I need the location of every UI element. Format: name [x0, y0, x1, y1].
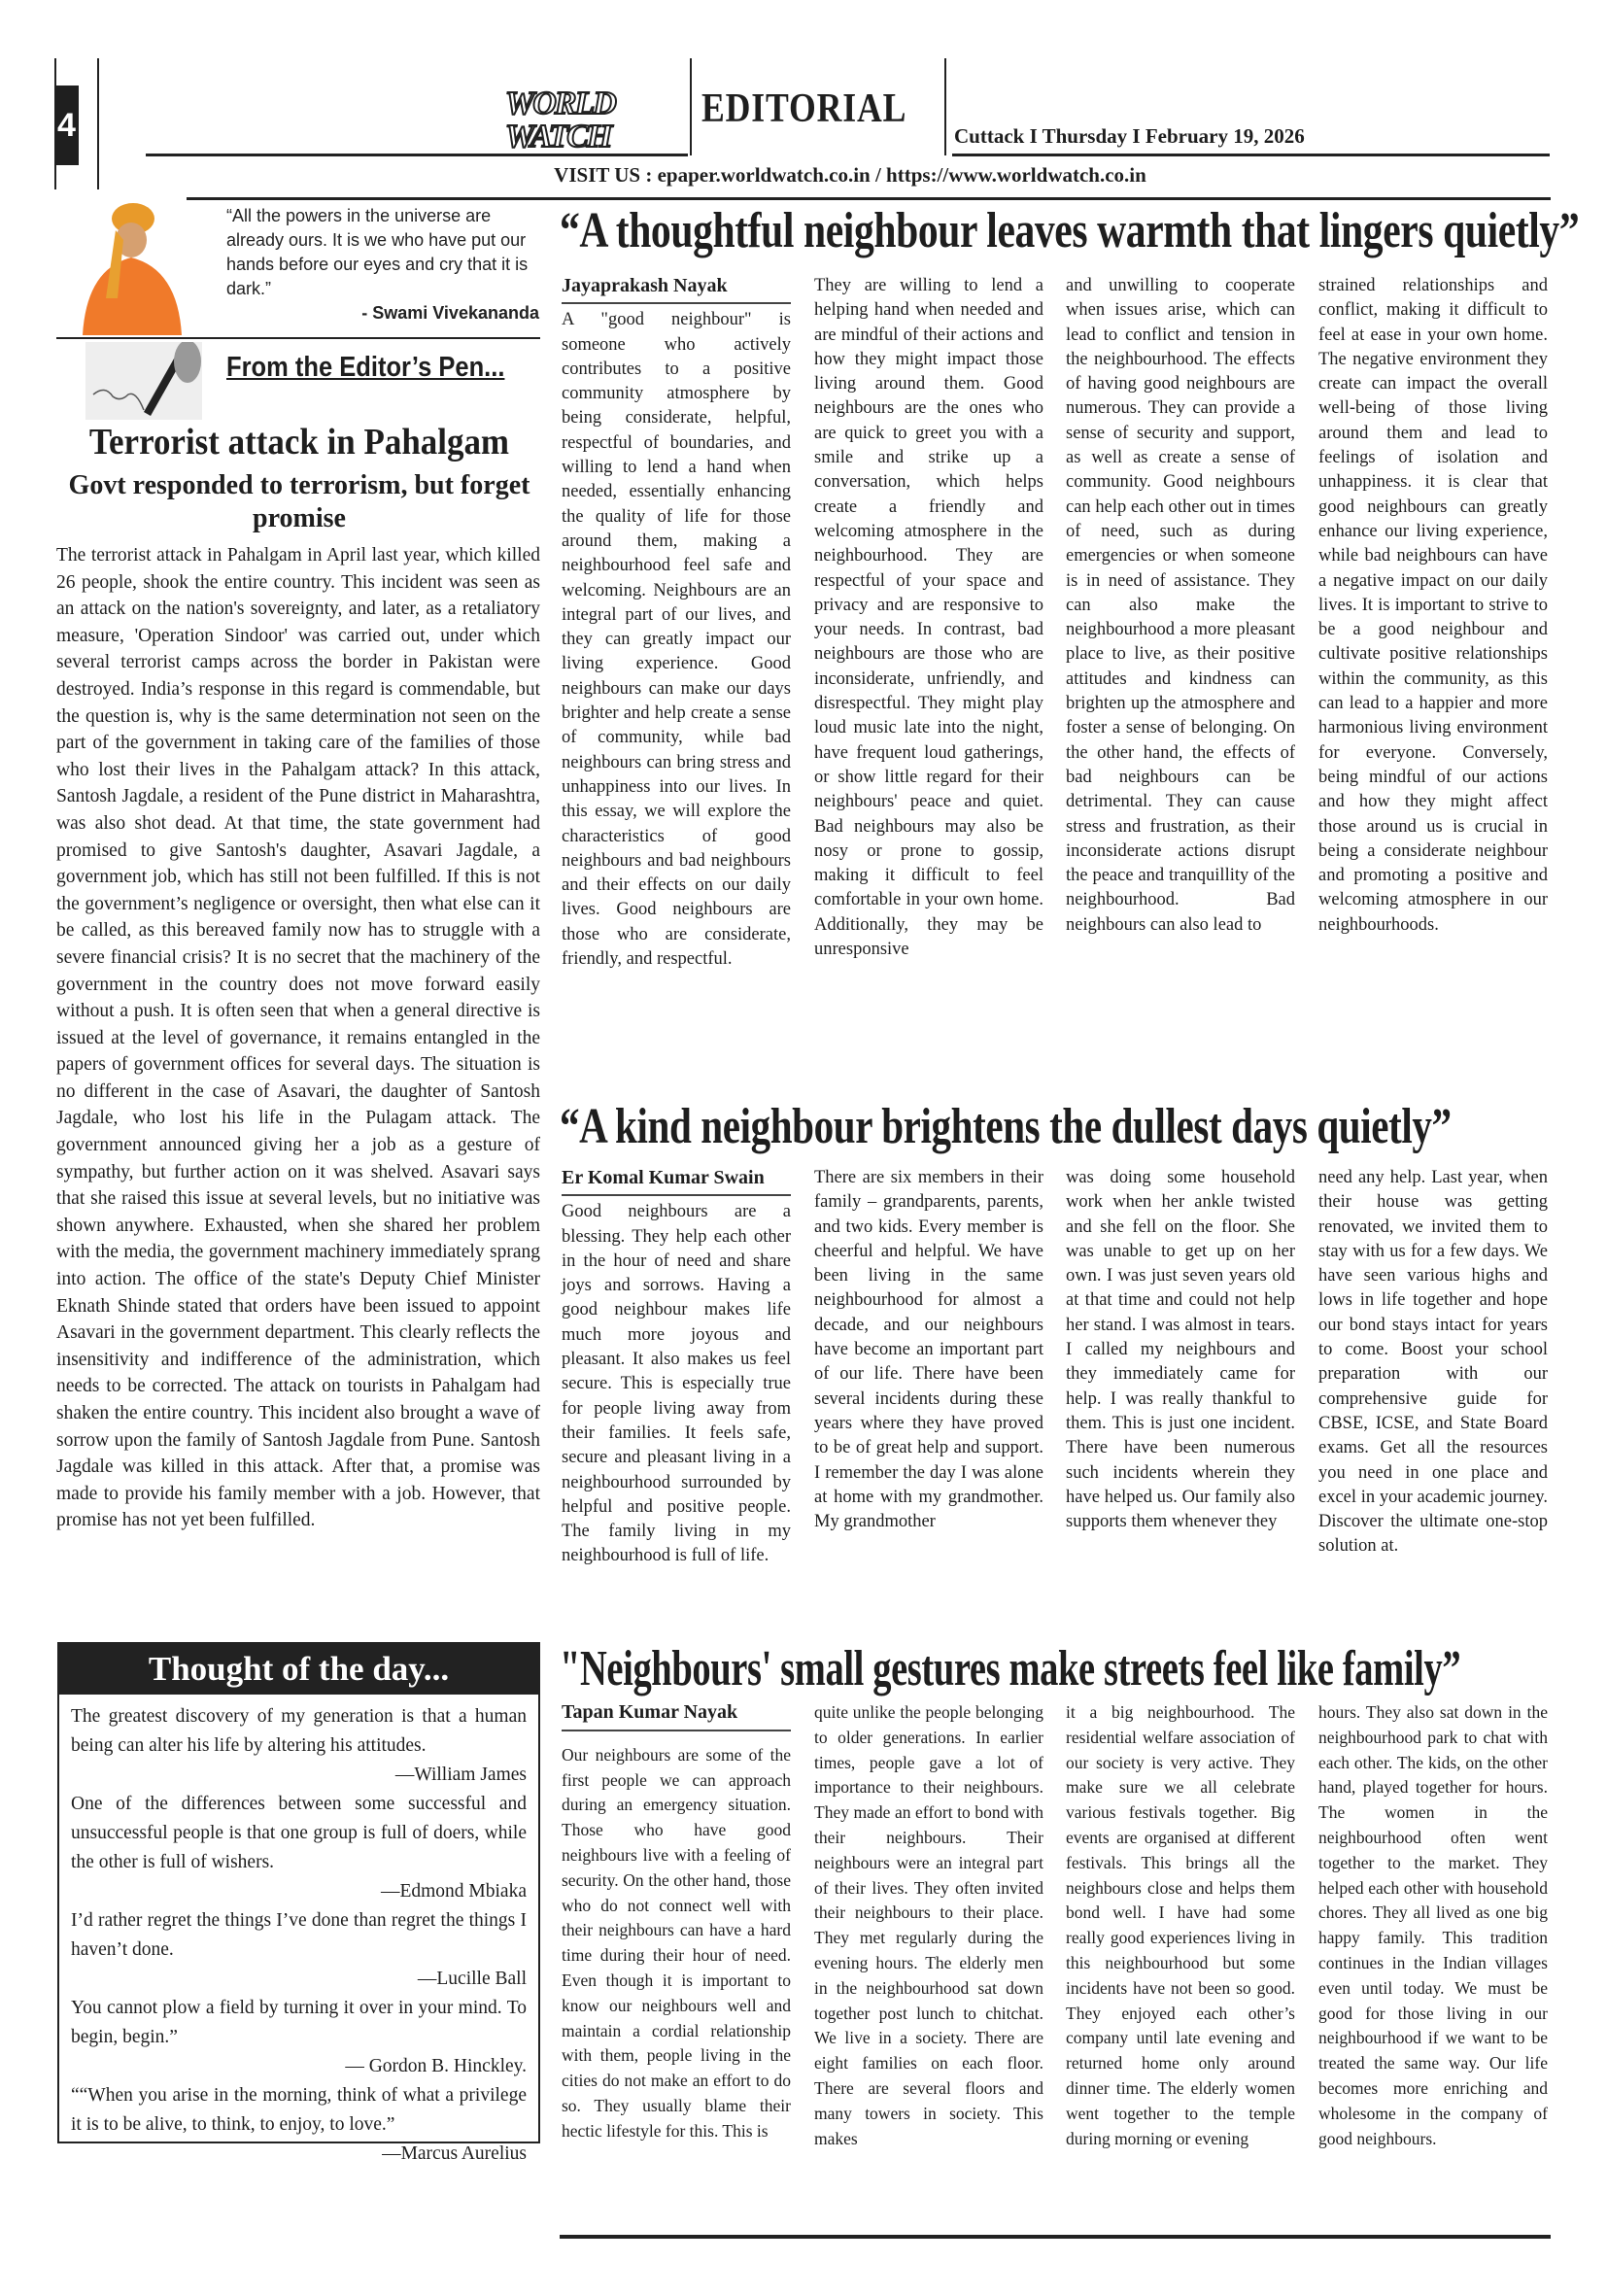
date-divider — [944, 58, 946, 155]
fountain-pen-icon — [85, 342, 202, 420]
article-2-column-4: need any help. Last year, when their hou… — [1318, 1166, 1548, 1559]
quote-author: - Swami Vivekananda — [226, 301, 539, 326]
quote-text: “All the powers in the universe are alre… — [226, 204, 539, 301]
article-3-text: Our neighbours are some of the first peo… — [562, 1743, 791, 2144]
thought-author: —Lucille Ball — [71, 1965, 527, 1994]
article-2-column-3: was doing some household work when her a… — [1066, 1166, 1295, 1534]
thought-of-the-day-box: Thought of the day... The greatest disco… — [57, 1642, 540, 2143]
article-3-column-2: quite unlike the people belonging to old… — [814, 1700, 1043, 2151]
page-number: 4 — [54, 86, 79, 165]
article-3-column-3: it a big neighbourhood. The residential … — [1066, 1700, 1295, 2151]
editorial-body: The terrorist attack in Pahalgam in Apri… — [56, 542, 540, 1534]
article-3-column-1: Tapan Kumar Nayak Our neighbours are som… — [562, 1700, 791, 2144]
article-2-column-2: There are six members in their family – … — [814, 1166, 1043, 1534]
page-bottom-rule — [560, 2235, 1551, 2239]
thought-author: — Gordon B. Hinckley. — [71, 2052, 527, 2081]
article-1-text: A "good neighbour" is someone who active… — [562, 308, 791, 972]
article-1-byline: Jayaprakash Nayak — [562, 274, 791, 304]
thought-quote: One of the differences between some succ… — [71, 1790, 527, 1877]
visit-us-link[interactable]: VISIT US : epaper.worldwatch.co.in / htt… — [146, 163, 1555, 188]
article-3-byline: Tapan Kumar Nayak — [562, 1700, 791, 1731]
thought-quote: I’d rather regret the things I’ve done t… — [71, 1906, 527, 1965]
editors-pen-label: From the Editor’s Pen... — [226, 352, 504, 384]
thought-author: —Edmond Mbiaka — [71, 1877, 527, 1906]
world-watch-logo: WORLD WATCH — [505, 78, 688, 154]
thought-author: —Marcus Aurelius — [71, 2140, 527, 2169]
article-2-headline: “A kind neighbour brightens the dullest … — [560, 1098, 1343, 1155]
vivekananda-quote: “All the powers in the universe are alre… — [226, 204, 539, 326]
thought-author: —William James — [71, 1761, 527, 1790]
thought-of-the-day-title: Thought of the day... — [59, 1644, 538, 1695]
header-bottom-rule — [187, 197, 1551, 200]
article-1-column-4: strained relationships and conflict, mak… — [1318, 274, 1548, 938]
article-2-text: Good neighbours are a blessing. They hel… — [562, 1200, 791, 1568]
swami-vivekananda-portrait — [73, 201, 188, 335]
logo-divider — [690, 58, 692, 155]
thought-quote: You cannot plow a field by turning it ov… — [71, 1994, 527, 2052]
article-1-column-1: Jayaprakash Nayak A "good neighbour" is … — [562, 274, 791, 972]
article-2-column-1: Er Komal Kumar Swain Good neighbours are… — [562, 1166, 791, 1569]
article-3-column-4: hours. They also sat down in the neighbo… — [1318, 1700, 1548, 2151]
article-3-headline: "Neighbours' small gestures make streets… — [560, 1640, 1293, 1697]
page-number-divider — [97, 58, 99, 189]
article-1-headline: “A thoughtful neighbour leaves warmth th… — [560, 202, 1352, 259]
thought-quote: The greatest discovery of my generation … — [71, 1702, 527, 1761]
dateline: Cuttack I Thursday I February 19, 2026 — [954, 124, 1305, 149]
article-2-byline: Er Komal Kumar Swain — [562, 1166, 791, 1196]
section-title: EDITORIAL — [701, 86, 906, 132]
masthead-rule-right — [952, 154, 1550, 156]
masthead-rule-left — [146, 154, 688, 156]
article-1-column-3: and unwilling to cooperate when issues a… — [1066, 274, 1295, 938]
thought-quote: ““When you arise in the morning, think o… — [71, 2081, 527, 2140]
editorial-subtitle: Govt responded to terrorism, but forget … — [56, 469, 542, 535]
editorial-title: Terrorist attack in Pahalgam — [76, 421, 523, 463]
quote-rule — [56, 337, 540, 339]
article-1-column-2: They are willing to lend a helping hand … — [814, 274, 1043, 962]
